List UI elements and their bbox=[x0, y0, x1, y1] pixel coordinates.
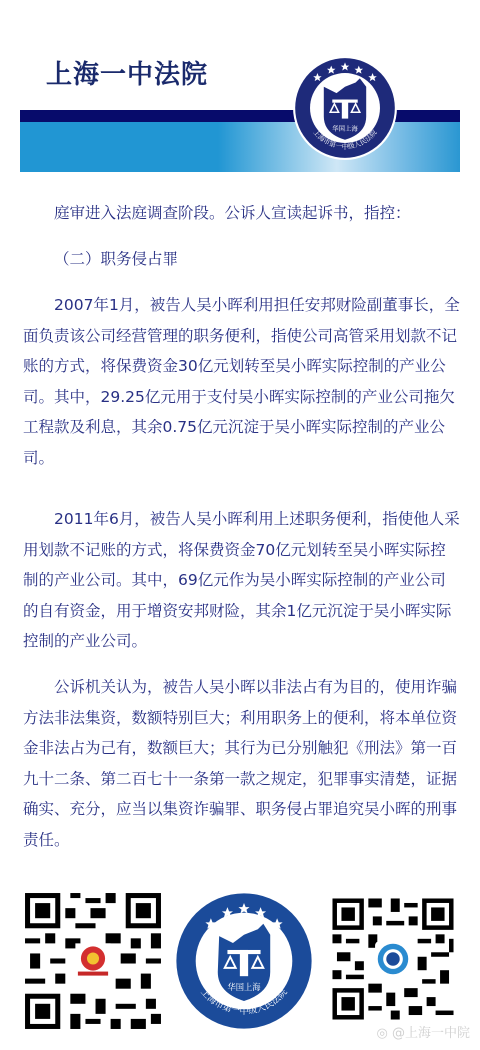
svg-text:华国上海: 华国上海 bbox=[332, 123, 358, 132]
court-emblem-icon: 华国上海 上海市第一中级人民法院 bbox=[292, 55, 398, 161]
svg-text:华国上海: 华国上海 bbox=[227, 982, 261, 992]
paragraph-heading: （二）职务侵占罪 bbox=[23, 244, 460, 275]
weibo-watermark: ◎ @上海一中院 bbox=[377, 1022, 471, 1041]
qr-code-right[interactable] bbox=[328, 894, 458, 1024]
court-title: 上海一中法院 bbox=[46, 54, 208, 91]
footer-court-emblem-icon: 华国上海 上海市第一中级人民法院 bbox=[175, 892, 313, 1030]
weibo-icon: ◎ bbox=[377, 1026, 388, 1041]
paragraph-2011: 2011年6月，被告人吴小晖利用上述职务便利，指使他人采用划款不记账的方式，将保… bbox=[23, 504, 460, 657]
header-banner: 上海一中法院 华国上海 上海市第一中级人民法院 bbox=[0, 0, 480, 190]
paragraph-conclusion: 公诉机关认为，被告人吴小晖以非法占有为目的，使用诈骗方法非法集资，数额特别巨大；… bbox=[23, 672, 460, 855]
qr-code-left[interactable] bbox=[20, 888, 166, 1034]
paragraph-intro: 庭审进入法庭调查阶段。公诉人宣读起诉书，指控： bbox=[23, 198, 460, 229]
paragraph-2007: 2007年1月，被告人吴小晖利用担任安邦财险副董事长，全面负责该公司经营管理的职… bbox=[23, 290, 460, 473]
